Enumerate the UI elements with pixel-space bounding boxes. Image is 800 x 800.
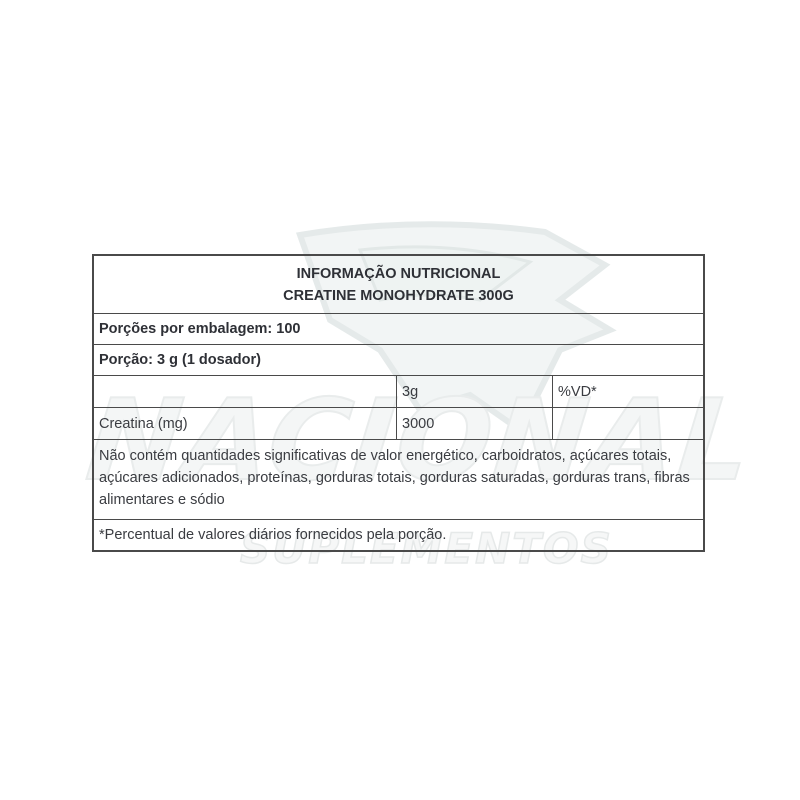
- column-header-amount: 3g: [397, 376, 553, 407]
- nutrition-facts-table: INFORMAÇÃO NUTRICIONAL CREATINE MONOHYDR…: [92, 254, 705, 552]
- column-header-nutrient: [94, 376, 397, 407]
- column-header-row: 3g %VD*: [94, 375, 703, 407]
- table-title: INFORMAÇÃO NUTRICIONAL: [297, 263, 501, 285]
- column-header-dv: %VD*: [553, 376, 703, 407]
- nutrient-dv: [553, 408, 703, 439]
- footnote: *Percentual de valores diários fornecido…: [94, 519, 703, 550]
- nutrient-amount: 3000: [397, 408, 553, 439]
- table-row: Creatina (mg) 3000: [94, 407, 703, 439]
- table-header: INFORMAÇÃO NUTRICIONAL CREATINE MONOHYDR…: [94, 256, 703, 313]
- not-significant-note: Não contém quantidades significativas de…: [94, 439, 703, 519]
- servings-per-package: Porções por embalagem: 100: [94, 313, 703, 344]
- nutrient-name: Creatina (mg): [94, 408, 397, 439]
- product-name: CREATINE MONOHYDRATE 300G: [283, 285, 514, 307]
- serving-size: Porção: 3 g (1 dosador): [94, 344, 703, 375]
